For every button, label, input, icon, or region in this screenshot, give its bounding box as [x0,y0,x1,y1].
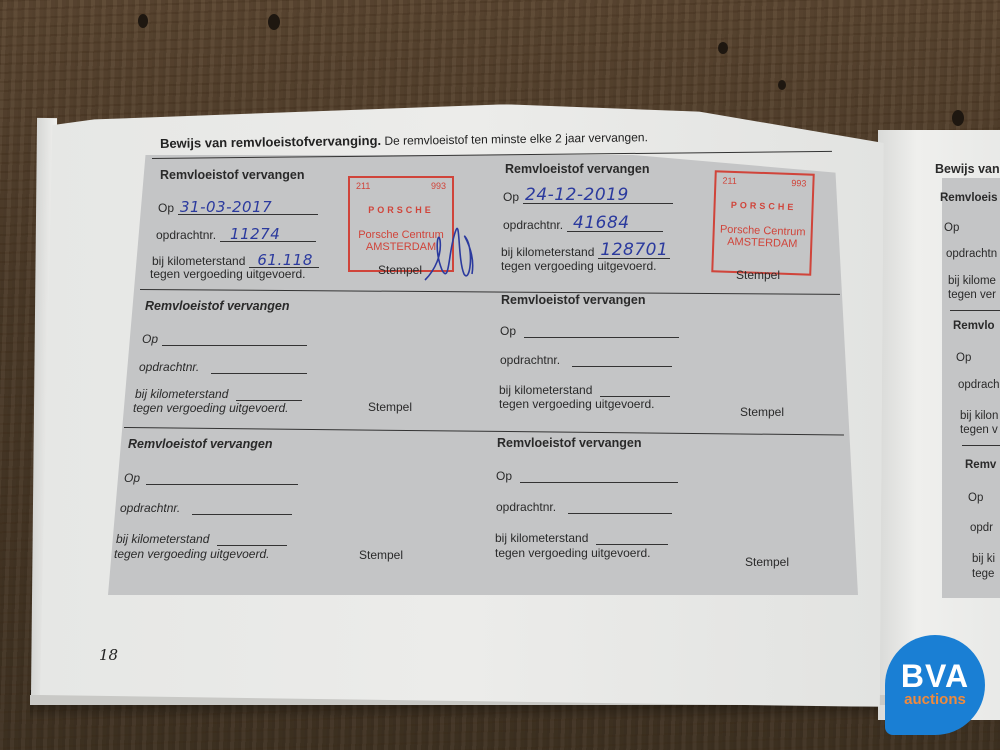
date-label: Op [500,324,516,338]
mileage-field[interactable] [217,533,287,546]
signature [420,200,480,290]
entry-4: Remvloeistof vervangen Op opdrachtnr. bi… [501,293,646,307]
entry-title: Remvloeistof vervangen [505,162,650,176]
stamp-brand: PORSCHE [715,199,811,212]
order-field[interactable]: 11274 [220,229,316,242]
order-field[interactable]: 41684 [567,219,663,232]
performed-text: tegen vergoeding uitgevoerd. [499,397,654,411]
date-field[interactable]: 24-12-2019 [523,191,673,204]
stamp-number-right: 993 [791,178,806,189]
entry-6: Remvloeistof vervangen Op opdrachtnr. bi… [497,436,642,450]
right-separator [950,310,1000,311]
date-label: Op [124,471,140,485]
order-label: opdrachtnr. [139,360,199,374]
date-value: 31-03-2017 [180,198,272,216]
wood-knot [268,14,280,30]
right-entry-label: opdrach [958,379,1000,391]
stamp-label: Stempel [740,405,784,419]
stamp-number-left: 211 [722,176,737,186]
bva-auctions-logo: BVA auctions [885,635,985,735]
wood-knot [718,42,728,54]
order-field[interactable] [568,501,672,514]
date-field[interactable] [520,470,678,483]
date-label: Op [503,190,519,204]
mileage-label: bij kilometerstand [116,532,209,546]
entry-5: Remvloeistof vervangen Op opdrachtnr. bi… [128,437,273,451]
entry-title: Remvloeistof vervangen [128,437,273,451]
entry-title: Remvloeistof vervangen [160,168,305,182]
mileage-field[interactable] [236,388,302,401]
header-title: Bewijs van remvloeistofvervanging. [160,133,381,151]
wood-knot [778,80,786,90]
right-entry-label: Op [944,222,1000,234]
right-entry-label: bij kilon [960,410,1000,422]
performed-text: tegen vergoeding uitgevoerd. [114,547,269,561]
mileage-label: bij kilometerstand [495,531,588,545]
date-field[interactable] [524,325,679,338]
performed-text: tegen vergoeding uitgevoerd. [501,259,656,273]
right-entry-label: Op [968,492,1000,504]
date-field[interactable]: 31-03-2017 [178,202,318,215]
right-entry-title: Remvloeis [940,192,1000,204]
date-field[interactable] [146,472,298,485]
order-label: opdrachtnr. [496,500,556,514]
right-entry-label: tegen v [960,424,1000,436]
mileage-label: bij kilometerstand [501,245,594,259]
logo-subtext: auctions [904,691,966,709]
stamp-label: Stempel [368,400,412,414]
date-label: Op [496,469,512,483]
entry-1: Remvloeistof vervangen Op31-03-2017 opdr… [160,168,305,182]
right-entry-label: tege [972,568,1000,580]
order-value: 11274 [230,225,280,243]
mileage-field[interactable] [596,532,668,545]
mileage-value: 128701 [600,240,668,260]
mileage-field[interactable] [600,384,670,397]
right-page-header: Bewijs van [935,162,1000,176]
stamp-label: Stempel [745,555,789,569]
order-value: 41684 [573,213,630,233]
page-number: 18 [99,646,118,664]
stamp-label: Stempel [359,548,403,562]
right-entry-label: opdr [970,522,1000,534]
stamp-label: Stempel [378,263,422,277]
stamp-city: AMSTERDAM [714,235,810,250]
wood-knot [952,110,964,126]
dealer-stamp: 211993 PORSCHE Porsche CentrumAMSTERDAM [711,170,814,275]
performed-text: tegen vergoeding uitgevoerd. [495,546,650,560]
right-entry-title: Remvlo [953,320,1000,332]
right-entry-title: Remv [965,459,1000,471]
date-field[interactable] [162,333,307,346]
right-entry-label: Op [956,352,1000,364]
mileage-label: bij kilometerstand [152,254,245,268]
entry-title: Remvloeistof vervangen [145,299,290,313]
mileage-field[interactable]: 128701 [598,246,670,259]
order-label: opdrachtnr. [500,353,560,367]
order-label: opdrachtnr. [503,218,563,232]
right-entry-label: bij ki [972,553,1000,565]
performed-text: tegen vergoeding uitgevoerd. [150,267,305,281]
entry-2: Remvloeistof vervangen Op24-12-2019 opdr… [505,162,650,176]
stamp-number-right: 993 [431,181,446,191]
logo-text: BVA [901,661,969,691]
right-entry-label: opdrachtn [946,248,1000,260]
mileage-label: bij kilometerstand [135,387,228,401]
date-label: Op [158,201,174,215]
entry-title: Remvloeistof vervangen [501,293,646,307]
order-label: opdrachtnr. [156,228,216,242]
right-entry-label: tegen ver [948,289,1000,301]
entry-title: Remvloeistof vervangen [497,436,642,450]
mileage-label: bij kilometerstand [499,383,592,397]
right-separator [962,445,1000,446]
order-label: opdrachtnr. [120,501,180,515]
stamp-number-left: 211 [356,181,370,191]
entry-3: Remvloeistof vervangen Op opdrachtnr. bi… [145,299,290,313]
stamp-label: Stempel [736,268,780,282]
order-field[interactable] [211,361,307,374]
order-field[interactable] [572,354,672,367]
order-field[interactable] [192,502,292,515]
wood-knot [138,14,148,28]
right-entry-label: bij kilome [948,275,1000,287]
performed-text: tegen vergoeding uitgevoerd. [133,401,288,415]
date-label: Op [142,332,158,346]
date-value: 24-12-2019 [525,185,629,205]
